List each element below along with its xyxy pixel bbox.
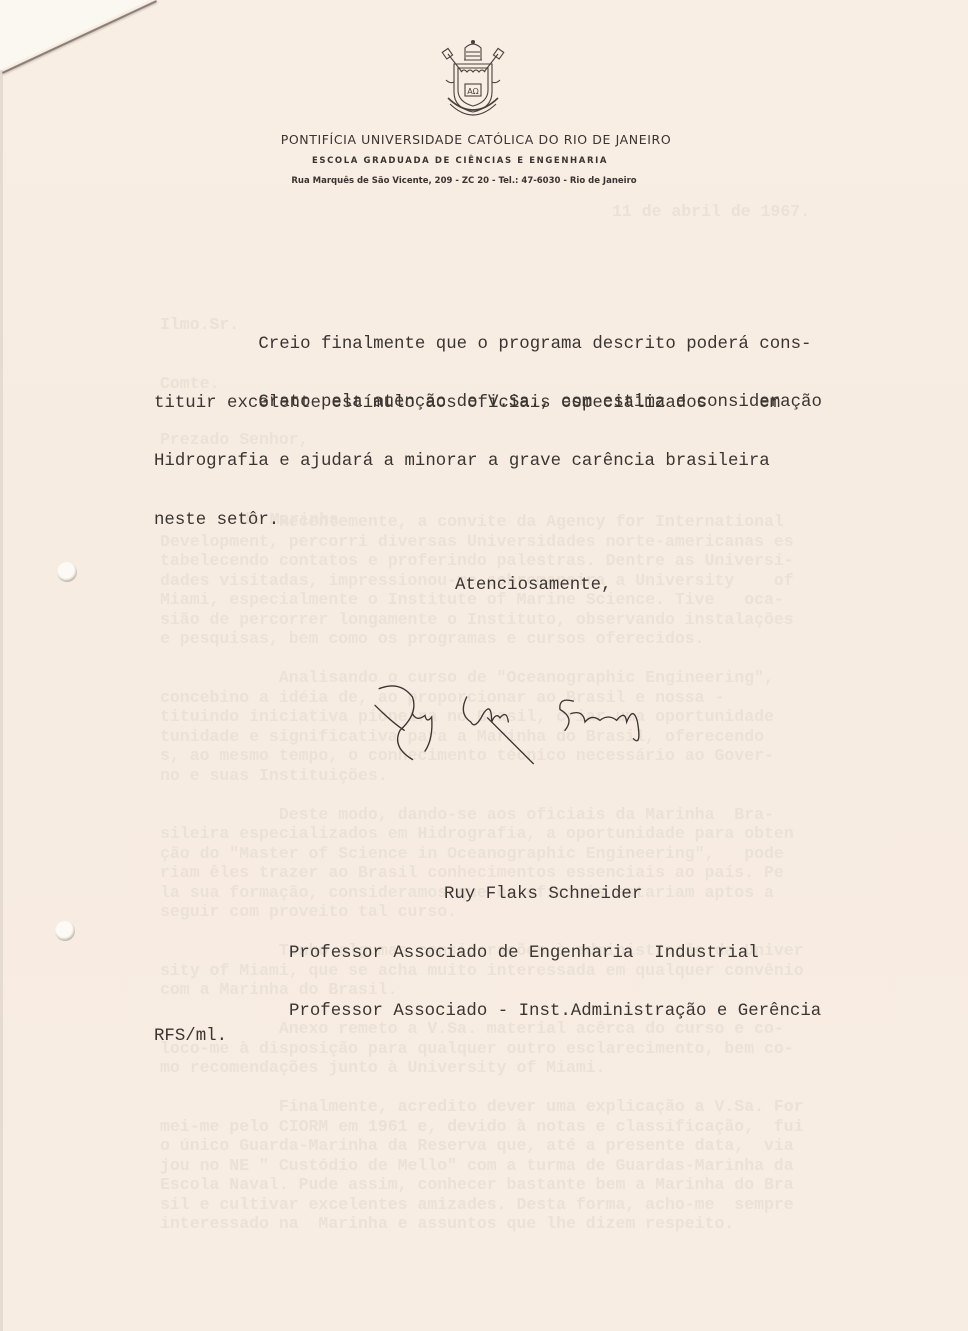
folded-corner [0,0,200,80]
bleed-line [160,1078,804,1098]
bleed-line: o único Guarda-Marinha da Reserva que, a… [160,1136,804,1156]
reference-initials: RFS/ml. [154,1027,227,1047]
signature-block: Ruy Flaks Schneider Professor Associado … [289,846,821,1061]
bleed-line: sileira especializados em Hidrografia, a… [160,824,804,844]
body-line: Creio finalmente que o programa descrito… [154,335,811,355]
signer-title-2: Professor Associado - Inst.Administração… [289,1002,821,1022]
bleed-line: Finalmente, acredito dever uma explicaçã… [160,1097,804,1117]
punch-hole-icon [57,562,77,582]
bleed-line: Escola Naval. Pude assim, conhecer basta… [160,1175,804,1195]
signer-name: Ruy Flaks Schneider [289,885,821,905]
body-paragraph-1: Creio finalmente que o programa descrito… [154,296,811,569]
bleed-line: mo recomendações junto à University of M… [160,1058,804,1078]
papal-crest-alpha-omega-icon: AΩ [440,38,506,120]
bleed-through-date: 11 de abril de 1967. [612,202,810,222]
handwritten-signature-icon [345,672,705,772]
bleed-line: jou no NE " Custódio de Mello" com a tur… [160,1156,804,1176]
bleed-line: sião de percorrer longamente o Instituto… [160,610,804,630]
bleed-line: e pesquisas, bem como os programas e cur… [160,629,804,649]
bleed-line: Deste modo, dando-se aos oficiais da Mar… [160,805,804,825]
svg-text:AΩ: AΩ [467,87,479,96]
bleed-line [160,649,804,669]
bleed-line [160,785,804,805]
punch-hole-icon [55,921,75,941]
bleed-line: mei-me pelo CIORM em 1961 e, devido à no… [160,1117,804,1137]
letter-page: 11 de abril de 1967. Ilmo.Sr. Comte. da … [0,0,968,1331]
signer-title-1: Professor Associado de Engenharia Indust… [289,944,821,964]
body-paragraph-2: Grato pela atenção de V.Sa., com estima … [154,393,822,413]
university-name: PONTIFÍCIA UNIVERSIDADE CATÓLICA DO RIO … [0,132,960,147]
letterhead-address: Rua Marquês de São Vicente, 209 - ZC 20 … [0,176,948,186]
body-line: neste setôr. [154,511,811,531]
body-line: Hidrografia e ajudará a minorar a grave … [154,452,811,472]
closing: Atenciosamente, [455,576,612,596]
page-edge [0,70,3,1331]
school-name: ESCOLA GRADUADA DE CIÊNCIAS E ENGENHARIA [0,156,944,166]
bleed-line: interessado na Marinha e assuntos que lh… [160,1214,804,1234]
bleed-line: sil e cultivar excelentes amizades. Dest… [160,1195,804,1215]
